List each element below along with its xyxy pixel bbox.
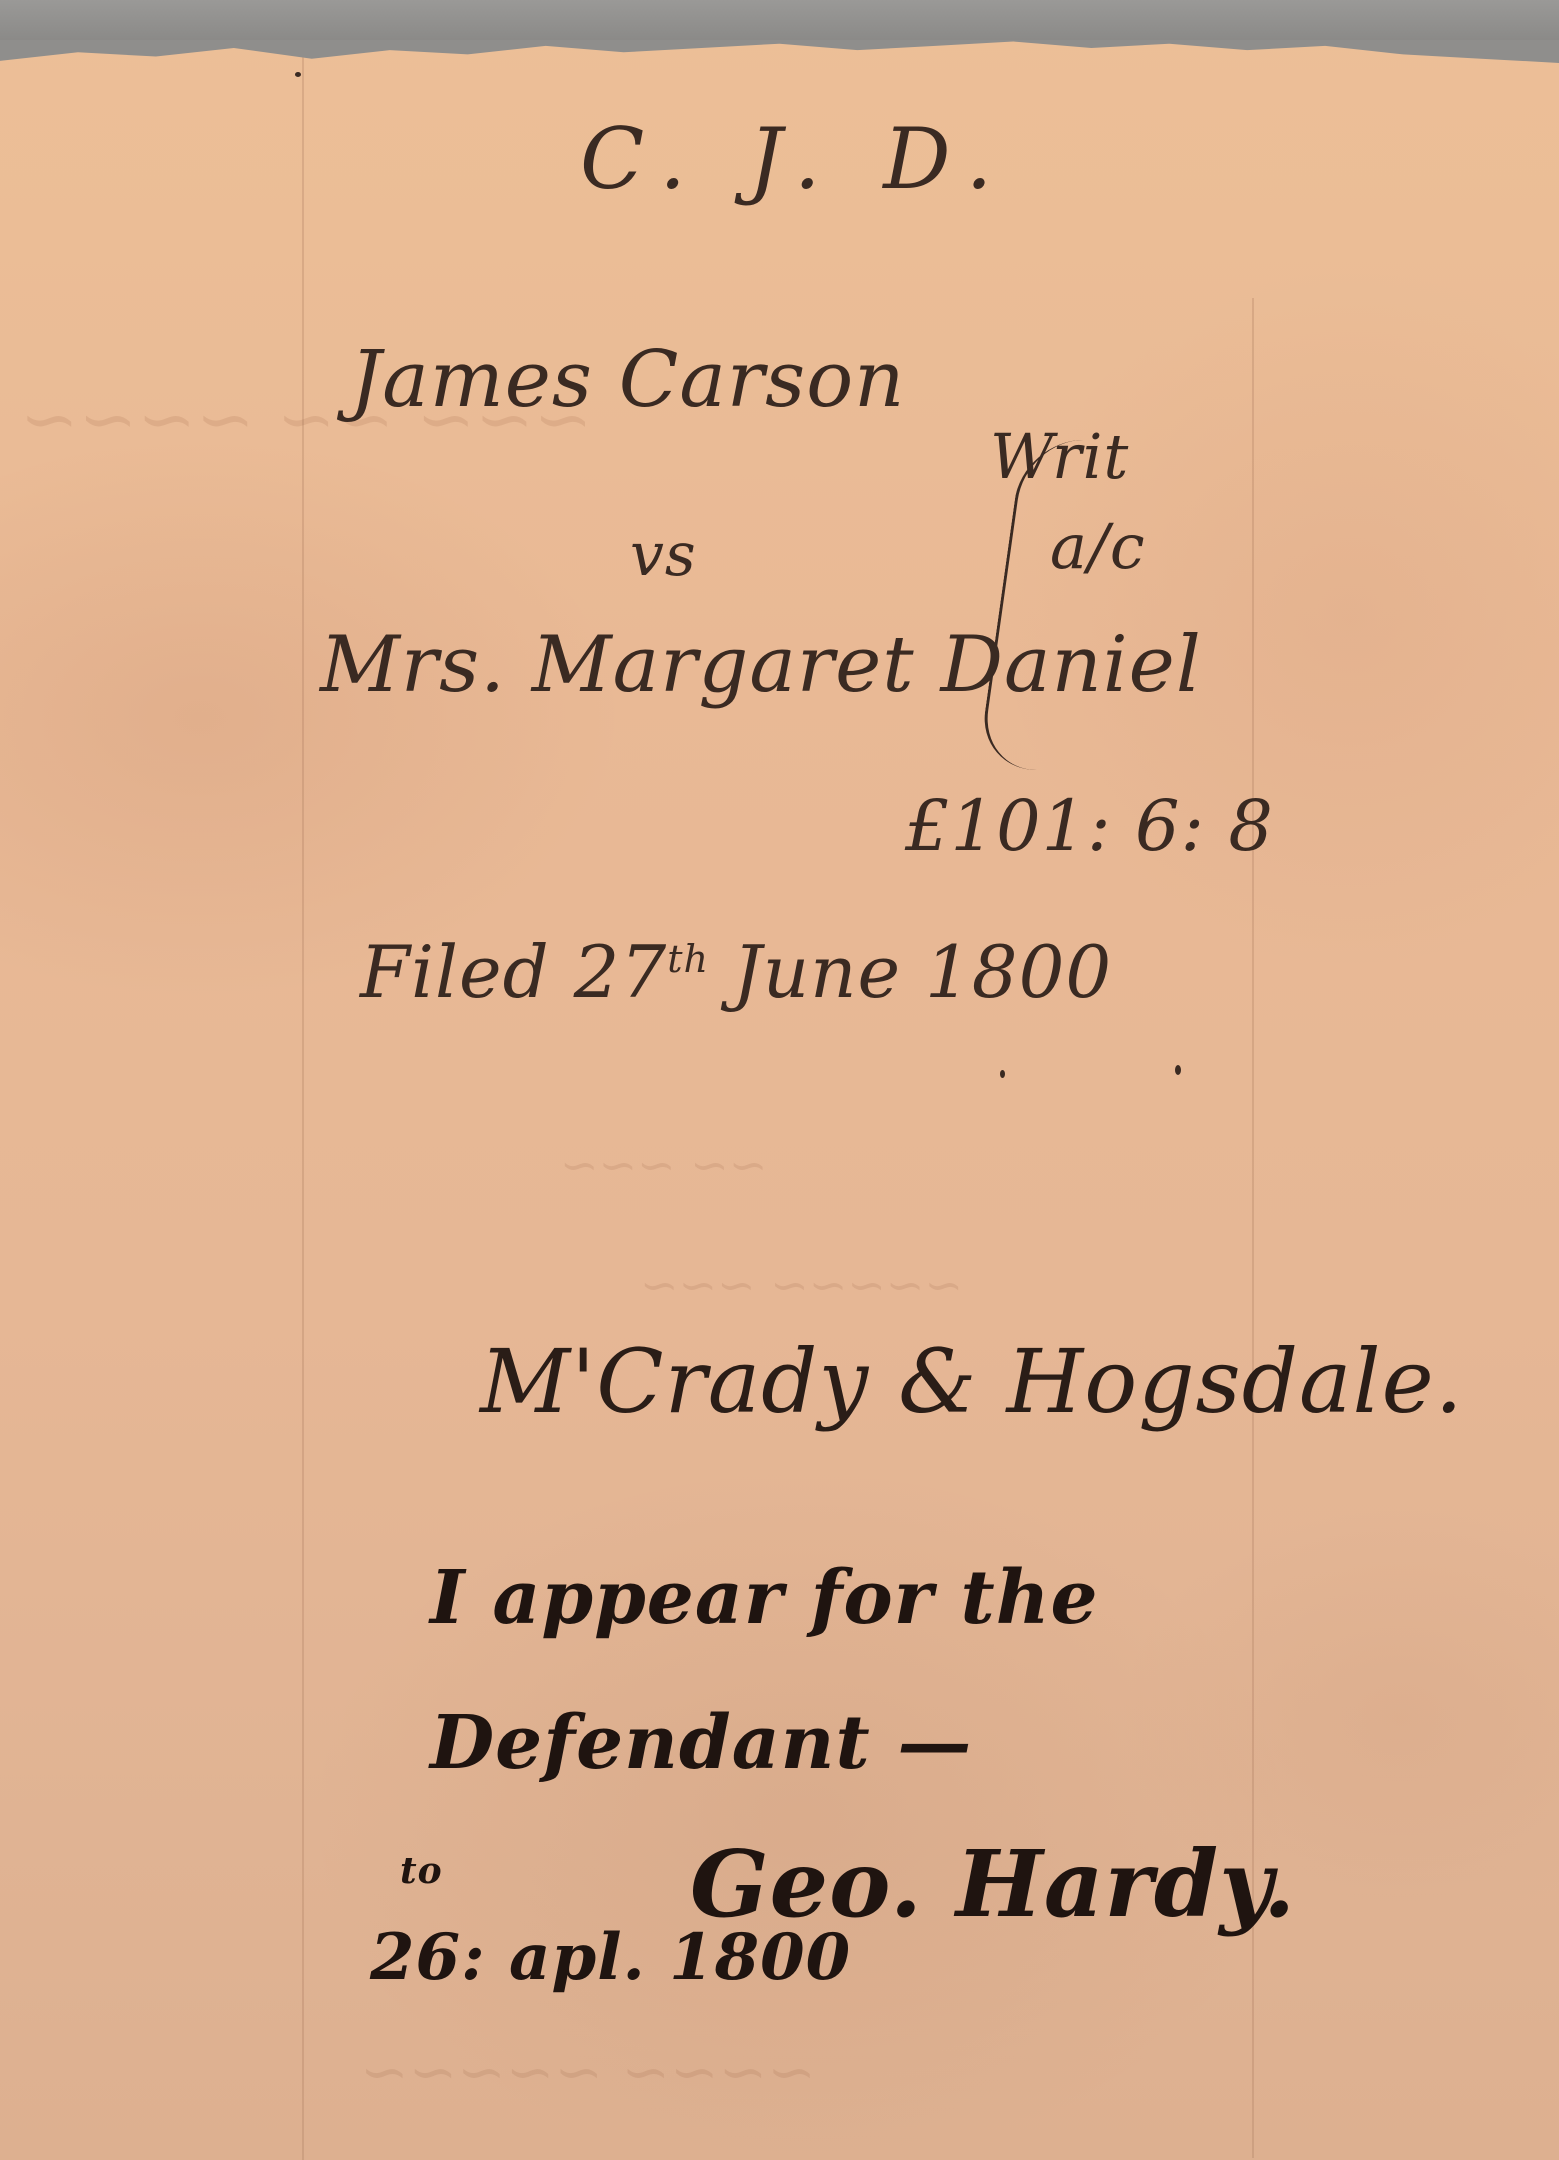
attorneys-signature: M'Crady & Hogsdale. — [480, 1330, 1464, 1433]
scanner-backdrop — [0, 0, 1559, 40]
filing-rest: June 1800 — [709, 930, 1112, 1014]
filing-text: Filed 27 — [360, 930, 667, 1014]
versus-label: vs — [630, 520, 697, 590]
claim-amount: £101: 6: 8 — [905, 785, 1274, 867]
signature-date: 26: apl. 1800 — [370, 1920, 851, 1995]
appearance-line-2: Defendant — — [430, 1700, 972, 1786]
filing-ordinal: th — [667, 937, 709, 981]
show-through-text: ~~ ~~~ — [560, 1138, 767, 1192]
ink-speck — [1000, 1070, 1005, 1078]
header-initials: C. J. D. — [580, 110, 1010, 208]
plaintiff-name: James Carson — [350, 335, 905, 425]
appearance-line-1: I appear for the — [430, 1555, 1099, 1641]
writ-type: a/c — [1050, 510, 1146, 583]
filing-date: Filed 27th June 1800 — [360, 930, 1112, 1014]
show-through-text: ~~~~~ ~~~ — [640, 1258, 963, 1312]
writ-label: Writ — [990, 420, 1129, 493]
fold-line-left — [302, 18, 304, 2160]
show-through-text: ~~~~ ~~~~~ — [360, 2038, 816, 2106]
ink-speck — [1175, 1065, 1181, 1075]
ink-speck — [295, 72, 301, 77]
signature-date-prefix: to — [400, 1850, 443, 1892]
